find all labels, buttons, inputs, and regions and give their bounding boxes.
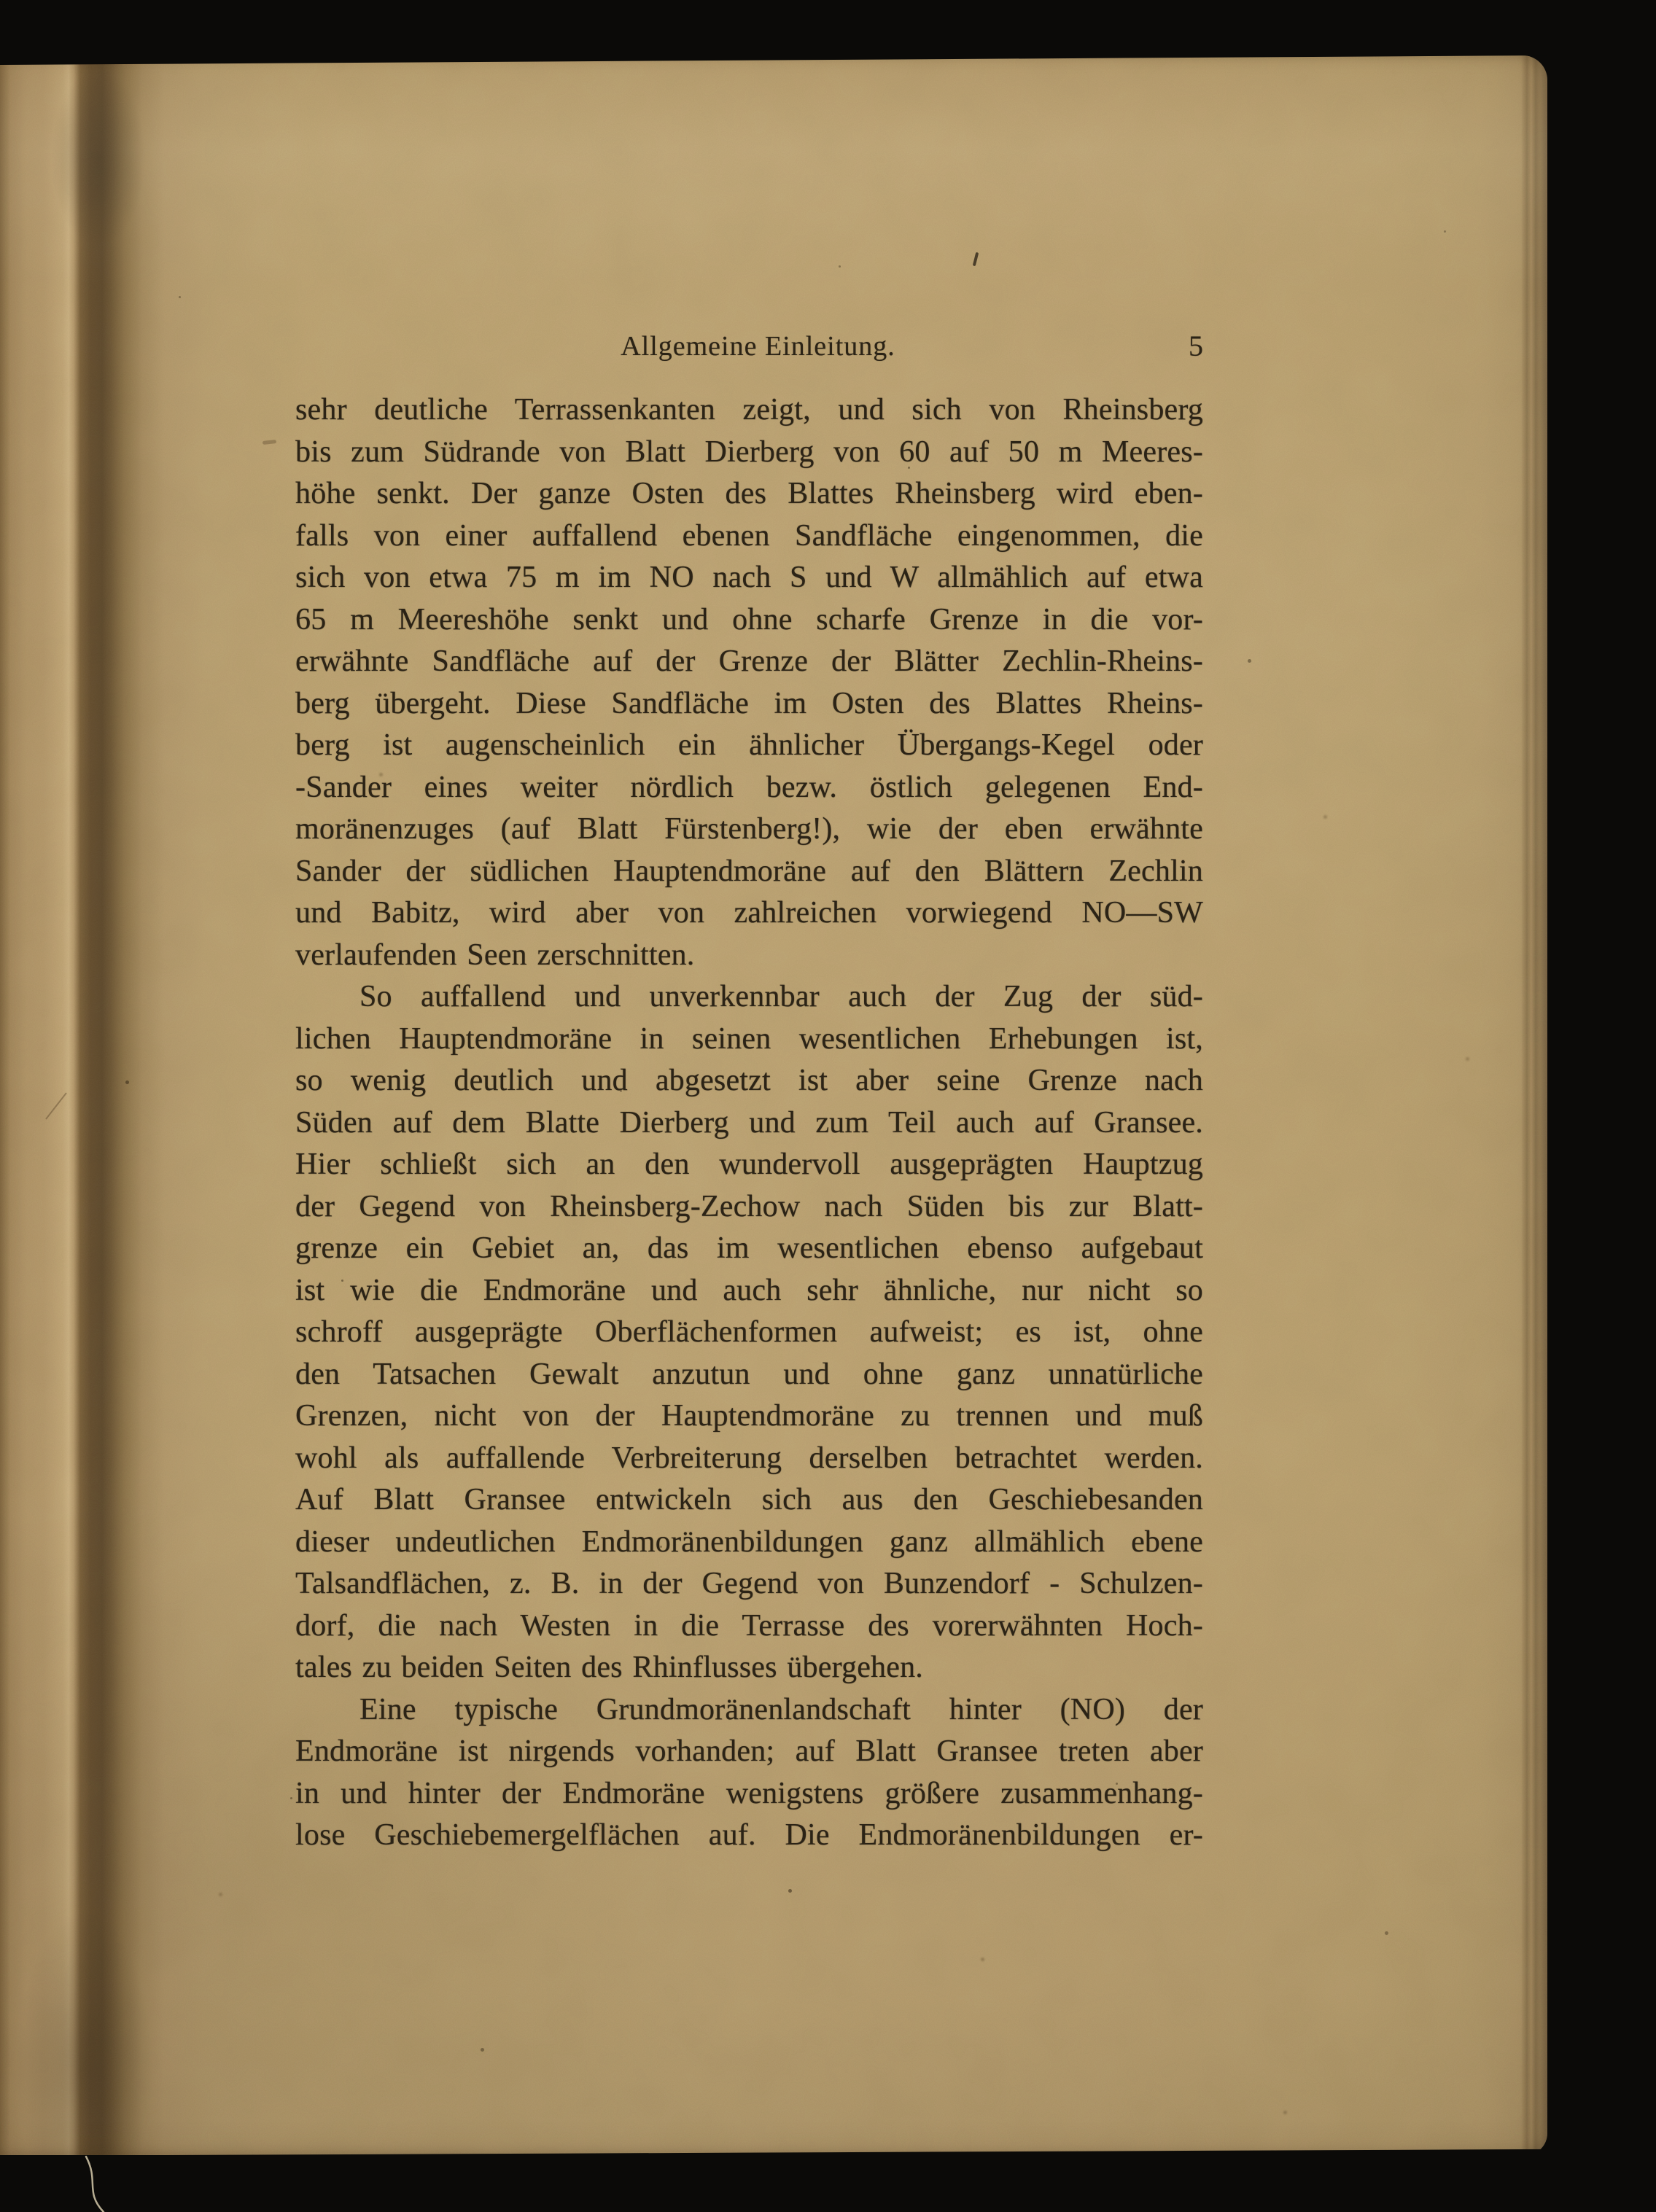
page-header: Allgemeine Einleitung. 5 [295, 326, 1203, 367]
text-line: erwähnte Sandfläche auf der Grenze der B… [295, 641, 1203, 683]
text-line: in und hinter der Endmoräne wenigstens g… [295, 1773, 1203, 1815]
text-line: Eine typische Grundmoränenlandschaft hin… [295, 1689, 1203, 1732]
edge-scratch [45, 1092, 67, 1119]
text-line: tales zu beiden Seiten des Rhinflusses ü… [295, 1647, 1203, 1689]
text-line: wohl als auffallende Verbreiterung derse… [295, 1438, 1203, 1480]
text-line: lichen Hauptendmoräne in seinen wesentli… [295, 1019, 1203, 1061]
text-line: So auffallend und unverkennbar auch der … [295, 976, 1203, 1019]
text-block: sehr deutliche Terrassenkanten zeigt, un… [295, 389, 1203, 1857]
text-line: Süden auf dem Blatte Dierberg und zum Te… [295, 1102, 1203, 1145]
text-line: verlaufenden Seen zerschnitten. [295, 935, 1203, 977]
text-line: lose Geschiebemergelflächen auf. Die End… [295, 1815, 1203, 1857]
text-line: dieser undeutlichen Endmoränenbildungen … [295, 1522, 1203, 1564]
text-line: Talsandflächen, z. B. in der Gegend von … [295, 1563, 1203, 1605]
text-line: schroff ausgeprägte Oberflächenformen au… [295, 1312, 1203, 1354]
text-line: 65 m Meereshöhe senkt und ohne scharfe G… [295, 599, 1203, 642]
text-line: falls von einer auffallend ebenen Sandfl… [295, 515, 1203, 558]
text-line: bis zum Südrande von Blatt Dierberg von … [295, 432, 1203, 474]
text-line: -Sander eines weiter nördlich bezw. östl… [295, 767, 1203, 809]
text-line: Auf Blatt Gransee entwickeln sich aus de… [295, 1479, 1203, 1522]
text-line: der Gegend von Rheinsberg-Zechow nach Sü… [295, 1186, 1203, 1228]
text-line: grenze ein Gebiet an, das im wesentliche… [295, 1228, 1203, 1270]
text-line: sehr deutliche Terrassenkanten zeigt, un… [295, 389, 1203, 432]
text-line: Sander der südlichen Hauptendmoräne auf … [295, 851, 1203, 893]
running-title: Allgemeine Einleitung. [621, 326, 895, 367]
page-number: 5 [1189, 326, 1203, 367]
text-line: und Babitz, wird aber von zahlreichen vo… [295, 892, 1203, 935]
stray-ink-mark [973, 252, 979, 266]
book-page: Allgemeine Einleitung. 5 sehr deutliche … [0, 55, 1547, 2155]
text-line: höhe senkt. Der ganze Osten des Blattes … [295, 473, 1203, 515]
margin-mark [263, 440, 276, 445]
text-line: so wenig deutlich und abgesetzt ist aber… [295, 1060, 1203, 1102]
text-line: berg ist augenscheinlich ein ähnlicher Ü… [295, 725, 1203, 767]
text-line: berg übergeht. Diese Sandfläche im Osten… [295, 683, 1203, 725]
text-line: moränenzuges (auf Blatt Fürstenberg!), w… [295, 809, 1203, 851]
text-line: ist wie die Endmoräne und auch sehr ähnl… [295, 1270, 1203, 1312]
text-line: Grenzen, nicht von der Hauptendmoräne zu… [295, 1395, 1203, 1438]
text-line: dorf, die nach Westen in die Terrasse de… [295, 1605, 1203, 1648]
scan-background: Allgemeine Einleitung. 5 sehr deutliche … [0, 0, 1656, 2212]
text-line: Endmoräne ist nirgends vorhanden; auf Bl… [295, 1731, 1203, 1773]
text-line: den Tatsachen Gewalt anzutun und ohne ga… [295, 1354, 1203, 1396]
text-line: sich von etwa 75 m im NO nach S und W al… [295, 557, 1203, 599]
text-line: Hier schließt sich an den wundervoll aus… [295, 1144, 1203, 1186]
